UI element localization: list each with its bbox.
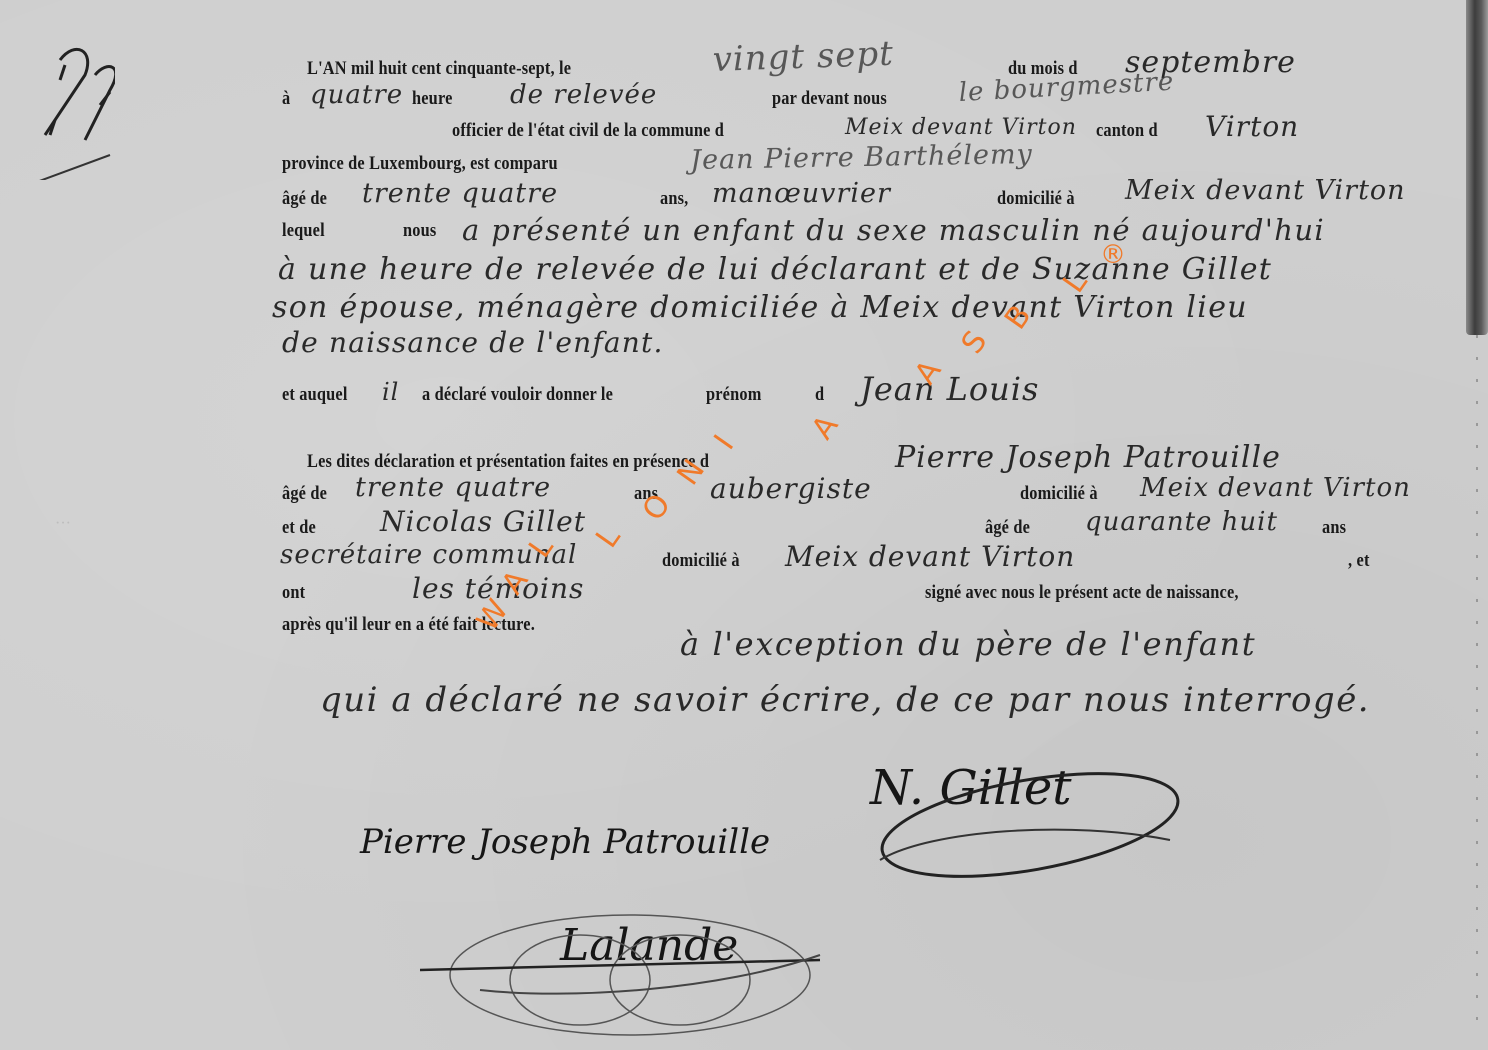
hand-witness1-name: Pierre Joseph Patrouille (895, 440, 1281, 475)
printed-line-3b: canton d (1096, 120, 1158, 142)
hand-declarant: Jean Pierre Barthélemy (690, 139, 1033, 176)
hand-day: vingt sept (712, 34, 895, 80)
hand-declaration-1: a présenté un enfant du sexe masculin né… (462, 213, 1325, 247)
printed-line-5a: âgé de (282, 188, 327, 210)
printed-line-4a: province de Luxembourg, est comparu (282, 153, 558, 175)
hand-officer: le bourgmestre (958, 67, 1175, 108)
hand-witness2-name: Nicolas Gillet (380, 505, 586, 538)
signature-flourish-lalande (420, 880, 840, 1050)
printed-line-11a: domicilié à (662, 550, 740, 572)
printed-line-12b: signé avec nous le présent acte de naiss… (925, 582, 1239, 604)
printed-line-10b: âgé de (985, 517, 1030, 539)
printed-line-10c: ans (1322, 517, 1346, 539)
ghost-text: ··· (55, 515, 71, 533)
printed-line-3a: officier de l'état civil de la commune d (452, 120, 724, 142)
hand-child-name: Jean Louis (860, 370, 1039, 408)
printed-line-12a: ont (282, 582, 305, 604)
hand-declarant-profession: manœuvrier (712, 178, 891, 209)
printed-line-7a: et auquel (282, 384, 348, 406)
signature-flourish-gillet (870, 770, 1190, 880)
printed-line-6a: lequel (282, 220, 325, 242)
printed-line-7b: a déclaré vouloir donner le (422, 384, 613, 406)
printed-line-8a: Les dites déclaration et présentation fa… (307, 451, 709, 473)
birth-certificate-page: 29 ··· L'AN mil huit cent cinquante-sept… (0, 0, 1488, 1050)
hand-time-of-day: de relevée (510, 80, 657, 110)
printed-line-10a: et de (282, 517, 316, 539)
printed-line-7c: prénom (706, 384, 761, 406)
printed-line-5b: ans, (660, 188, 688, 210)
hand-note-1: à l'exception du père de l'enfant (680, 625, 1256, 663)
hand-witness1-profession: aubergiste (710, 472, 872, 505)
hand-witness1-domicile: Meix devant Virton (1140, 473, 1411, 503)
page-binding-edge (1466, 0, 1488, 335)
printed-line-5c: domicilié à (997, 188, 1075, 210)
printed-line-2b: heure (412, 88, 453, 110)
printed-line-9a: âgé de (282, 483, 327, 505)
signature-patrouille: Pierre Joseph Patrouille (360, 822, 770, 862)
printed-line-1a: L'AN mil huit cent cinquante-sept, le (307, 58, 571, 80)
hand-note-2: qui a déclaré ne savoir écrire, de ce pa… (320, 680, 1370, 720)
printed-line-11b: , et (1348, 550, 1370, 572)
printed-line-9c: domicilié à (1020, 483, 1098, 505)
printed-line-2a: à (282, 88, 290, 110)
hand-pronoun: il (382, 378, 399, 406)
hand-declarant-age: trente quatre (362, 178, 558, 209)
hand-declaration-3: son épouse, ménagère domiciliée à Meix d… (272, 290, 1248, 325)
hand-witness2-age: quarante huit (1085, 507, 1278, 537)
hand-commune: Meix devant Virton (845, 115, 1077, 140)
page-binding-perforation (1476, 335, 1478, 1035)
hand-hour: quatre (310, 80, 403, 110)
hand-canton: Virton (1205, 110, 1299, 143)
hand-witness2-domicile: Meix devant Virton (785, 540, 1075, 573)
printed-line-6b: nous (403, 220, 436, 242)
printed-line-2c: par devant nous (772, 88, 887, 110)
hand-declarant-domicile: Meix devant Virton (1125, 175, 1406, 206)
hand-witness1-age: trente quatre (355, 472, 551, 503)
margin-number-mark (15, 20, 115, 180)
printed-line-7d: d (815, 384, 824, 406)
hand-declaration-4: de naissance de l'enfant. (282, 326, 664, 359)
